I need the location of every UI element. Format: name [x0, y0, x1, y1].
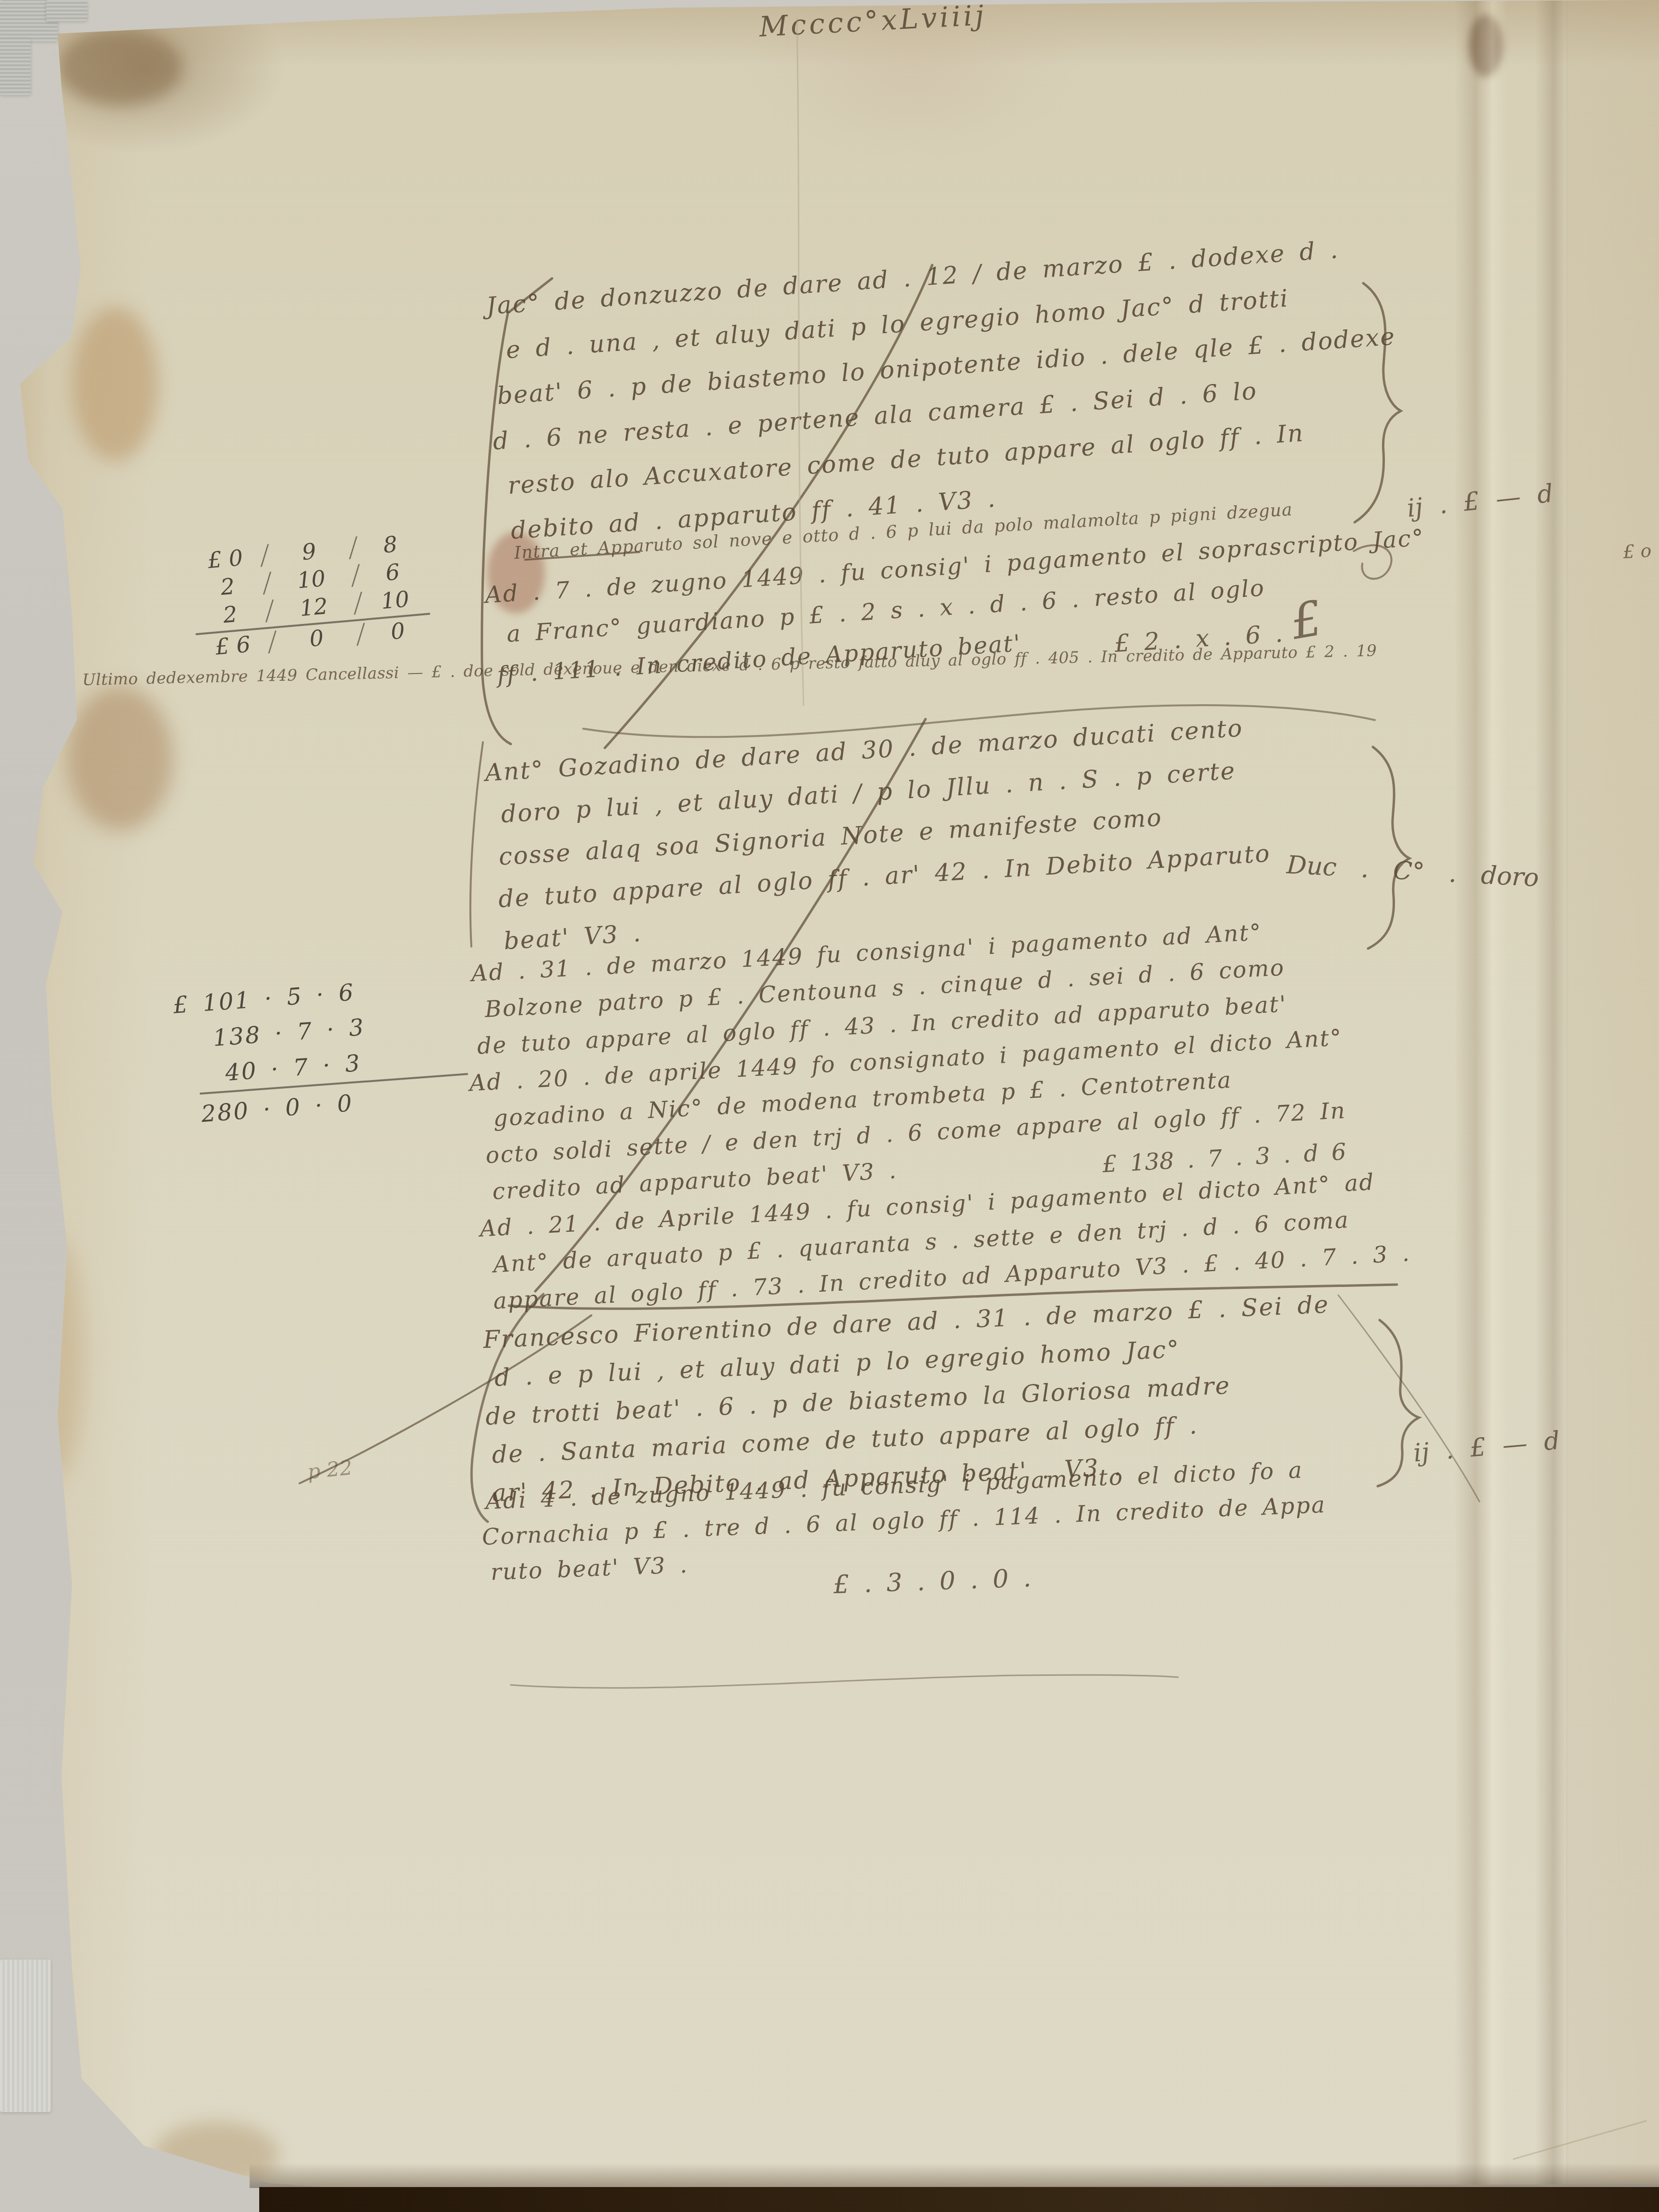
bottom-faint-rule [511, 1675, 1178, 1688]
tape-top-left-lower [0, 38, 31, 95]
margin-figure-cell: 2 [193, 598, 267, 630]
page-fold-crease [1455, 0, 1507, 2212]
stain-corner [58, 29, 182, 106]
tape-bottom-left [0, 1960, 51, 2112]
entry2-payment-block: Ad . 31 . de marzo 1449 fu consigna' i p… [462, 907, 1411, 1321]
column-divider [268, 631, 276, 654]
entry3-right-brace [1378, 1320, 1419, 1486]
margin-figure-cell: 8 [356, 529, 425, 560]
stain [26, 1238, 84, 1479]
column-divider [351, 564, 360, 587]
underlying-leaf-edge [1566, 0, 1659, 2212]
entry2-margin-sum: £ 101 · 5 · 6 138 · 7 · 3 40 · 7 · 3 280… [172, 967, 471, 1133]
margin-figure-cell: 10 [361, 584, 430, 616]
parchment-page: Mcccc°xLviiij Jac° de donzuzzo de dare a… [0, 0, 1659, 2212]
stain [72, 307, 158, 461]
column-divider [354, 592, 362, 615]
margin-figure-cell: 0 [275, 622, 358, 655]
manuscript-photo: Mcccc°xLviiij Jac° de donzuzzo de dare a… [0, 0, 1659, 2212]
margin-figure-cell: 0 [363, 615, 433, 647]
margin-figure-cell: 6 [358, 556, 427, 588]
column-divider [265, 600, 274, 623]
column-divider [357, 623, 365, 646]
year-heading: Mcccc°xLviiij [758, 0, 987, 43]
page-bottom-shadow [250, 2163, 1659, 2188]
column-divider [349, 536, 357, 559]
tape-top-edge [46, 0, 87, 21]
page-crease [1535, 0, 1569, 2212]
far-right-margin-note: £ o [1623, 540, 1652, 563]
entry1-margin-sum: £ 0 9 8 2 10 6 2 12 10 £ 6 0 0 [188, 528, 433, 661]
table-edge-dark-strip [259, 2187, 1659, 2212]
margin-figure-cell: £ 6 [196, 629, 270, 661]
stain [67, 686, 173, 830]
margin-figure-cell: 12 [272, 590, 356, 624]
column-divider [261, 544, 269, 567]
entry3-left-margin-note: p 22 [306, 1455, 353, 1484]
column-divider [263, 572, 271, 595]
